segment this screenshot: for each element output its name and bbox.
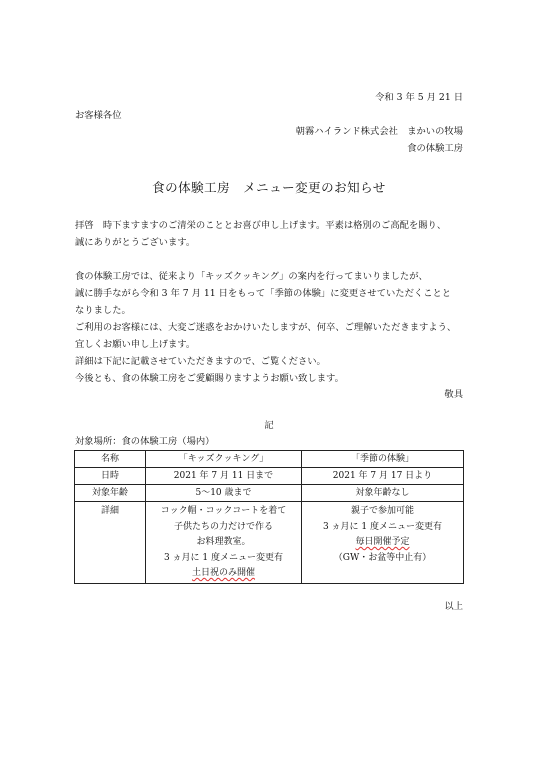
old-detail: コック帽・コックコートを着て 子供たちの力だけで作る お料理教室。 3 ヵ月に … bbox=[146, 502, 302, 584]
detail-line: （GW・お盆等中止有） bbox=[304, 551, 461, 567]
detail-line: 親子で参加可能 bbox=[304, 504, 461, 520]
detail-line-spellcheck: 土日祝のみ開催 bbox=[192, 568, 255, 578]
body-line: なりました。 bbox=[75, 305, 131, 317]
row-label: 詳細 bbox=[75, 502, 146, 584]
body-line: 今後とも、食の体験工房をご愛顧賜りますようお願い致します。 bbox=[75, 373, 344, 385]
recipient: お客様各位 bbox=[75, 110, 122, 122]
detail-line: 3 ヵ月に 1 度メニュー変更有 bbox=[148, 551, 299, 567]
old-value: 5～10 歳まで bbox=[146, 485, 302, 502]
new-value: 「季節の体験」 bbox=[302, 451, 464, 468]
document-title: 食の体験工房 メニュー変更のお知らせ bbox=[0, 180, 538, 196]
table-row: 名称 「キッズクッキング」 「季節の体験」 bbox=[75, 451, 464, 468]
table-row: 対象年齢 5～10 歳まで 対象年齢なし bbox=[75, 485, 464, 502]
row-label: 日時 bbox=[75, 468, 146, 485]
sender-department: 食の体験工房 bbox=[407, 143, 463, 155]
body-line: 誠に勝手ながら令和 3 年 7 月 11 日をもって「季節の体験」に変更させてい… bbox=[75, 288, 451, 300]
table-row-detail: 詳細 コック帽・コックコートを着て 子供たちの力だけで作る お料理教室。 3 ヵ… bbox=[75, 502, 464, 584]
row-label: 名称 bbox=[75, 451, 146, 468]
document-page: 令和 3 年 5 月 21 日 お客様各位 朝霧ハイランド株式会社 まかいの牧場… bbox=[0, 0, 538, 766]
location-label: 対象場所：食の体験工房（場内） bbox=[75, 436, 214, 448]
new-detail: 親子で参加可能 3 ヵ月に 1 度メニュー変更有 毎日開催予定 （GW・お盆等中… bbox=[302, 502, 464, 584]
greeting-line-2: 誠にありがとうございます。 bbox=[75, 237, 195, 249]
detail-line: 子供たちの力だけで作る bbox=[148, 520, 299, 536]
new-value: 2021 年 7 月 17 日より bbox=[302, 468, 464, 485]
end-mark: 以上 bbox=[444, 601, 463, 613]
body-line: 食の体験工房では、従来より「キッズクッキング」の案内を行ってまいりましたが、 bbox=[75, 271, 428, 283]
new-value: 対象年齢なし bbox=[302, 485, 464, 502]
notes-heading: 記 bbox=[0, 420, 538, 432]
detail-line: お料理教室。 bbox=[148, 535, 299, 551]
body-line: ご利用のお客様には、大変ご迷惑をおかけいたしますが、何卒、ご理解いただきますよう… bbox=[75, 322, 456, 334]
body-line: 宜しくお願い申し上げます。 bbox=[75, 339, 195, 351]
detail-line: コック帽・コックコートを着て bbox=[148, 504, 299, 520]
row-label: 対象年齢 bbox=[75, 485, 146, 502]
table-row: 日時 2021 年 7 月 11 日まで 2021 年 7 月 17 日より bbox=[75, 468, 464, 485]
document-date: 令和 3 年 5 月 21 日 bbox=[375, 92, 463, 104]
detail-line-spellcheck: 毎日開催予定 bbox=[355, 537, 409, 547]
old-value: 「キッズクッキング」 bbox=[146, 451, 302, 468]
detail-line: 3 ヵ月に 1 度メニュー変更有 bbox=[304, 520, 461, 536]
old-value: 2021 年 7 月 11 日まで bbox=[146, 468, 302, 485]
body-line: 詳細は下記に記載させていただきますので、ご覧ください。 bbox=[75, 356, 326, 368]
sender-company: 朝霧ハイランド株式会社 まかいの牧場 bbox=[296, 126, 463, 138]
comparison-table: 名称 「キッズクッキング」 「季節の体験」 日時 2021 年 7 月 11 日… bbox=[74, 450, 464, 584]
greeting-line-1: 拝啓 時下ますますのご清栄のこととお喜び申し上げます。平素は格別のご高配を賜り、 bbox=[75, 220, 446, 232]
closing-keigu: 敬具 bbox=[444, 389, 463, 401]
